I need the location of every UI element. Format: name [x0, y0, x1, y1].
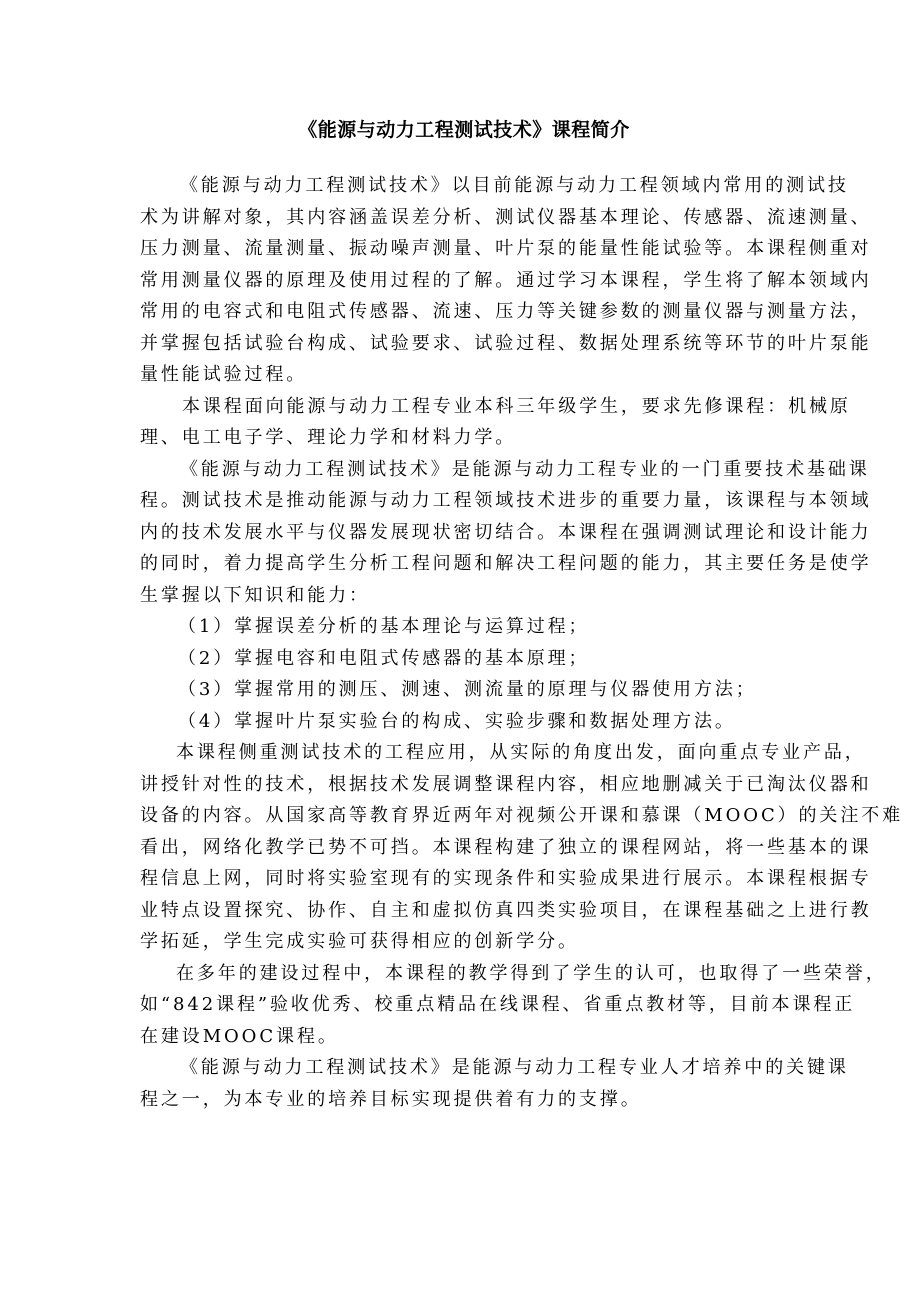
paragraph-line: 本课程侧重测试技术的工程应用，从实际的角度出发，面向重点专业产品， [140, 737, 800, 769]
document-body: 《能源与动力工程测试技术》以目前能源与动力工程领域内常用的测试技 术为讲解对象，… [140, 170, 800, 1115]
paragraph-line: 学拓延，学生完成实验可获得相应的创新学分。 [140, 926, 800, 958]
paragraph-audience: 本课程面向能源与动力工程专业本科三年级学生，要求先修课程：机械原 理、电工电子学… [140, 391, 800, 454]
paragraph-line: 量性能试验过程。 [140, 359, 800, 391]
objective-item: （2）掌握电容和电阻式传感器的基本原理； [140, 643, 800, 675]
paragraph-line: 业特点设置探究、协作、自主和虚拟仿真四类实验项目，在课程基础之上进行教 [140, 895, 800, 927]
paragraph-application: 本课程侧重测试技术的工程应用，从实际的角度出发，面向重点专业产品， 讲授针对性的… [140, 737, 800, 958]
paragraph-line: 《能源与动力工程测试技术》是能源与动力工程专业的一门重要技术基础课 [140, 454, 800, 486]
paragraph-line: 《能源与动力工程测试技术》是能源与动力工程专业人才培养中的关键课 [140, 1052, 800, 1084]
objective-item: （4）掌握叶片泵实验台的构成、实验步骤和数据处理方法。 [140, 706, 800, 738]
paragraph-line: 常用测量仪器的原理及使用过程的了解。通过学习本课程，学生将了解本领域内 [140, 265, 800, 297]
paragraph-line: 常用的电容式和电阻式传感器、流速、压力等关键参数的测量仪器与测量方法， [140, 296, 800, 328]
paragraph-honors: 在多年的建设过程中，本课程的教学得到了学生的认可，也取得了一些荣誉， 如“842… [140, 958, 800, 1053]
paragraph-line: 压力测量、流量测量、振动噪声测量、叶片泵的能量性能试验等。本课程侧重对 [140, 233, 800, 265]
paragraph-line: 术为讲解对象，其内容涵盖误差分析、测试仪器基本理论、传感器、流速测量、 [140, 202, 800, 234]
paragraph-line: 《能源与动力工程测试技术》以目前能源与动力工程领域内常用的测试技 [140, 170, 800, 202]
document-title: 《能源与动力工程测试技术》课程简介 [0, 116, 920, 144]
paragraph-line: 程信息上网，同时将实验室现有的实现条件和实验成果进行展示。本课程根据专 [140, 863, 800, 895]
paragraph-line: 理、电工电子学、理论力学和材料力学。 [140, 422, 800, 454]
paragraph-line: 看出，网络化教学已势不可挡。本课程构建了独立的课程网站，将一些基本的课 [140, 832, 800, 864]
paragraph-line: 在多年的建设过程中，本课程的教学得到了学生的认可，也取得了一些荣誉， [140, 958, 800, 990]
paragraph-line: 内的技术发展水平与仪器发展现状密切结合。本课程在强调测试理论和设计能力 [140, 517, 800, 549]
paragraph-line: 在建设MOOC课程。 [140, 1021, 800, 1053]
paragraph-conclusion: 《能源与动力工程测试技术》是能源与动力工程专业人才培养中的关键课 程之一，为本专… [140, 1052, 800, 1115]
objective-item: （3）掌握常用的测压、测速、测流量的原理与仪器使用方法； [140, 674, 800, 706]
paragraph-line: 程之一，为本专业的培养目标实现提供着有力的支撑。 [140, 1084, 800, 1116]
paragraph-line: 并掌握包括试验台构成、试验要求、试验过程、数据处理系统等环节的叶片泵能 [140, 328, 800, 360]
paragraph-line: 设备的内容。从国家高等教育界近两年对视频公开课和慕课（MOOC）的关注不难 [140, 800, 800, 832]
objective-list: （1）掌握误差分析的基本理论与运算过程； （2）掌握电容和电阻式传感器的基本原理… [140, 611, 800, 737]
paragraph-line: 本课程面向能源与动力工程专业本科三年级学生，要求先修课程：机械原 [140, 391, 800, 423]
paragraph-intro: 《能源与动力工程测试技术》以目前能源与动力工程领域内常用的测试技 术为讲解对象，… [140, 170, 800, 391]
paragraph-line: 生掌握以下知识和能力： [140, 580, 800, 612]
paragraph-objectives: 《能源与动力工程测试技术》是能源与动力工程专业的一门重要技术基础课 程。测试技术… [140, 454, 800, 612]
paragraph-line: 程。测试技术是推动能源与动力工程领域技术进步的重要力量，该课程与本领域 [140, 485, 800, 517]
document-page: 《能源与动力工程测试技术》课程简介 《能源与动力工程测试技术》以目前能源与动力工… [0, 0, 920, 1302]
paragraph-line: 的同时，着力提高学生分析工程问题和解决工程问题的能力，其主要任务是使学 [140, 548, 800, 580]
paragraph-line: 讲授针对性的技术，根据技术发展调整课程内容，相应地删减关于已淘汰仪器和 [140, 769, 800, 801]
paragraph-line: 如“842课程”验收优秀、校重点精品在线课程、省重点教材等，目前本课程正 [140, 989, 800, 1021]
objective-item: （1）掌握误差分析的基本理论与运算过程； [140, 611, 800, 643]
